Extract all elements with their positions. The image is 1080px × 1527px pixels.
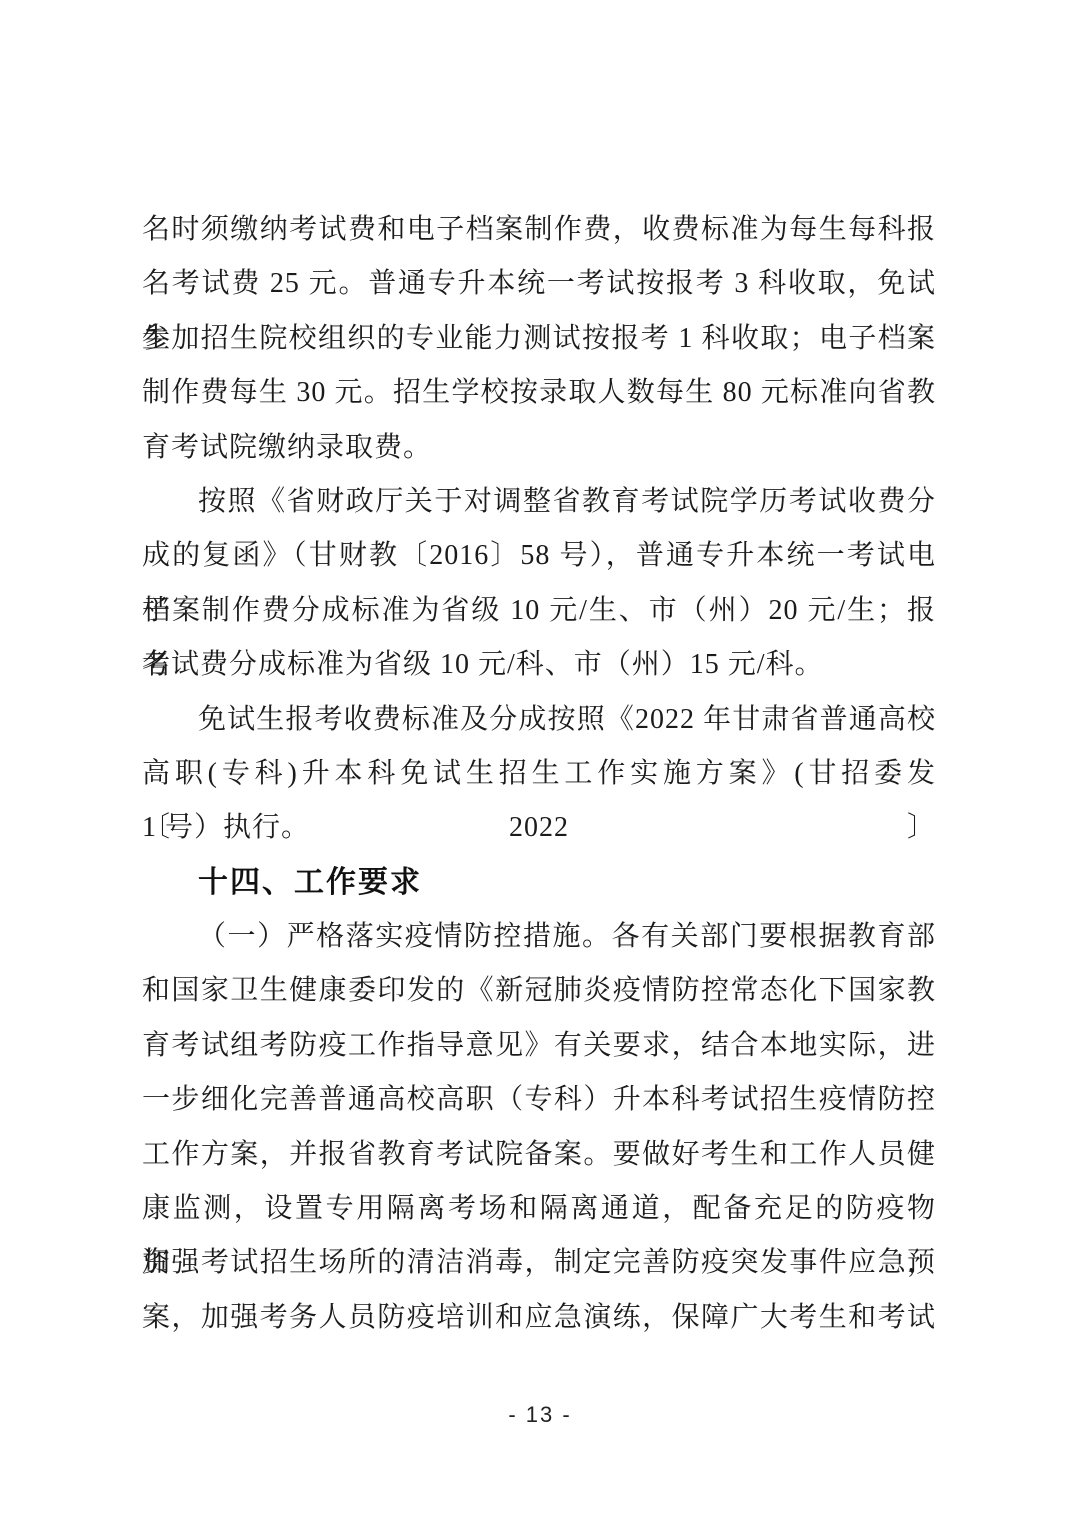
text-line: 制作费每生 30 元。招生学校按录取人数每生 80 元标准向省教: [142, 366, 936, 420]
text-line: 工作方案，并报省教育考试院备案。要做好考生和工作人员健: [142, 1128, 936, 1182]
text-line: 高职(专科)升本科免试生招生工作实施方案》(甘招委发〔2022〕: [142, 747, 936, 801]
text-line: 免试生报考收费标准及分成按照《2022 年甘肃省普通高校: [142, 693, 936, 747]
text-line: 和国家卫生健康委印发的《新冠肺炎疫情防控常态化下国家教: [142, 964, 936, 1018]
text-line: 名时须缴纳考试费和电子档案制作费，收费标准为每生每科报: [142, 203, 936, 257]
text-line: 育考试院缴纳录取费。: [142, 421, 936, 475]
text-line: 加强考试招生场所的清洁消毒，制定完善防疫突发事件应急预: [142, 1236, 936, 1290]
text-line: 档案制作费分成标准为省级 10 元/生、市（州）20 元/生；报名: [142, 584, 936, 638]
text-line: 康监测，设置专用隔离考场和隔离通道，配备充足的防疫物资，: [142, 1182, 936, 1236]
text-line: 名考试费 25 元。普通专升本统一考试按报考 3 科收取，免试生: [142, 257, 936, 311]
text-line: 成的复函》（甘财教〔2016〕58 号），普通专升本统一考试电子: [142, 529, 936, 583]
text-line: 考试费分成标准为省级 10 元/科、市（州）15 元/科。: [142, 638, 936, 692]
text-line: 参加招生院校组织的专业能力测试按报考 1 科收取；电子档案: [142, 312, 936, 366]
text-line: 案，加强考务人员防疫培训和应急演练，保障广大考生和考试: [142, 1291, 936, 1345]
section-heading: 十四、工作要求: [142, 856, 936, 910]
text-line: 一步细化完善普通高校高职（专科）升本科考试招生疫情防控: [142, 1073, 936, 1127]
document-body: 名时须缴纳考试费和电子档案制作费，收费标准为每生每科报名考试费 25 元。普通专…: [142, 203, 936, 1345]
text-line: 按照《省财政厅关于对调整省教育考试院学历考试收费分: [142, 475, 936, 529]
text-line: 育考试组考防疫工作指导意见》有关要求，结合本地实际，进: [142, 1019, 936, 1073]
document-page: 名时须缴纳考试费和电子档案制作费，收费标准为每生每科报名考试费 25 元。普通专…: [0, 0, 1080, 1527]
page-number: - 13 -: [0, 1402, 1080, 1428]
text-line: （一）严格落实疫情防控措施。各有关部门要根据教育部: [142, 910, 936, 964]
